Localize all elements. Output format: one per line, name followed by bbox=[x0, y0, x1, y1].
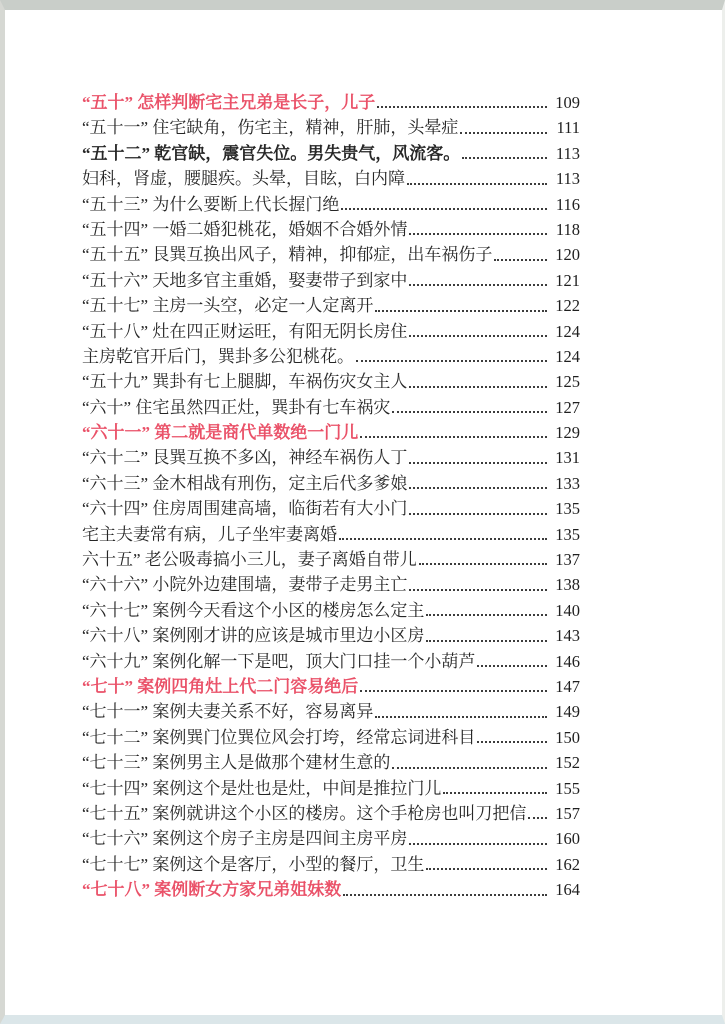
toc-entry-title: “六十九” 案例化解一下是吧，顶大门口挂一个小葫芦 bbox=[82, 647, 475, 672]
toc-entry-title: “五十六” 天地多官主重婚，娶妻带子到家中 bbox=[82, 266, 407, 291]
dot-leader bbox=[494, 259, 547, 261]
toc-entry: “七十六” 案例这个房子主房是四间主房平房 160 bbox=[82, 824, 580, 849]
dot-leader bbox=[409, 233, 547, 235]
toc-entry-title: “五十五” 艮巽互换出风子，精神，抑郁症，出车祸伤子 bbox=[82, 240, 492, 265]
toc-entry-page-number: 127 bbox=[550, 398, 580, 418]
toc-entry-page-number: 113 bbox=[550, 144, 580, 164]
toc-entry-page-number: 109 bbox=[550, 93, 580, 113]
toc-entry-page-number: 147 bbox=[550, 677, 580, 697]
toc-entry-title: 宅主夫妻常有病，儿子坐牢妻离婚 bbox=[82, 520, 337, 545]
toc-entry-title: “七十四” 案例这个是灶也是灶，中间是推拉门儿 bbox=[82, 774, 441, 799]
dot-leader bbox=[460, 132, 547, 134]
toc-entry: “五十三” 为什么要断上代长握门绝 116 bbox=[82, 190, 580, 215]
toc-entry-page-number: 113 bbox=[550, 169, 580, 189]
toc-entry: “七十四” 案例这个是灶也是灶，中间是推拉门儿 155 bbox=[82, 774, 580, 799]
dot-leader bbox=[477, 741, 547, 743]
toc-entry-page-number: 131 bbox=[550, 448, 580, 468]
toc-entry: “七十” 案例四角灶上代二门容易绝后 147 bbox=[82, 672, 580, 697]
toc-entry-page-number: 135 bbox=[550, 525, 580, 545]
toc-entry-title: “七十三” 案例男主人是做那个建材生意的 bbox=[82, 748, 390, 773]
dot-leader bbox=[409, 335, 547, 337]
dot-leader bbox=[339, 538, 547, 540]
toc-entry-title: “七十” 案例四角灶上代二门容易绝后 bbox=[82, 672, 358, 697]
toc-entry: “五十四” 一婚二婚犯桃花，婚姻不合婚外情 118 bbox=[82, 215, 580, 240]
dot-leader bbox=[409, 284, 547, 286]
toc-entry-page-number: 143 bbox=[550, 626, 580, 646]
toc-entry: “七十八” 案例断女方家兄弟姐妹数 164 bbox=[82, 875, 580, 900]
dot-leader bbox=[409, 487, 547, 489]
toc-entry: “七十一” 案例夫妻关系不好，容易离异 149 bbox=[82, 697, 580, 722]
toc-entry-page-number: 122 bbox=[550, 296, 580, 316]
toc-entry-page-number: 164 bbox=[550, 880, 580, 900]
toc-entry-title: “五十九” 巽卦有七上腿脚，车祸伤灾女主人 bbox=[82, 367, 407, 392]
dot-leader bbox=[360, 436, 547, 438]
toc-entry-title: “六十” 住宅虽然四正灶，巽卦有七车祸灾 bbox=[82, 393, 390, 418]
toc-entry: “六十八” 案例刚才讲的应该是城市里边小区房 143 bbox=[82, 621, 580, 646]
toc-entry: “七十三” 案例男主人是做那个建材生意的 152 bbox=[82, 748, 580, 773]
toc-entry-title: “五十八” 灶在四正财运旺，有阳无阴长房住 bbox=[82, 317, 407, 342]
toc-entry-page-number: 157 bbox=[550, 804, 580, 824]
toc-entry: “五十八” 灶在四正财运旺，有阳无阴长房住 124 bbox=[82, 317, 580, 342]
dot-leader bbox=[407, 183, 547, 185]
toc-entry: “七十五” 案例就讲这个小区的楼房。这个手枪房也叫刀把信 157 bbox=[82, 799, 580, 824]
toc-entry-title: “七十六” 案例这个房子主房是四间主房平房 bbox=[82, 824, 407, 849]
toc-entry-page-number: 133 bbox=[550, 474, 580, 494]
toc-entry-title: 妇科，肾虚，腰腿疾。头晕，目眩，白内障 bbox=[82, 164, 405, 189]
dot-leader bbox=[375, 716, 547, 718]
toc-entry-page-number: 124 bbox=[550, 347, 580, 367]
toc-entry-title: “六十一” 第二就是商代单数绝一门儿 bbox=[82, 418, 358, 443]
dot-leader bbox=[356, 360, 547, 362]
toc-entry-page-number: 116 bbox=[550, 195, 580, 215]
toc-entry: “五十九” 巽卦有七上腿脚，车祸伤灾女主人 125 bbox=[82, 367, 580, 392]
toc-entry: “六十二” 艮巽互换不多凶，神经车祸伤人丁 131 bbox=[82, 443, 580, 468]
dot-leader bbox=[426, 640, 547, 642]
toc-entry-title: “七十一” 案例夫妻关系不好，容易离异 bbox=[82, 697, 373, 722]
toc-entry-page-number: 120 bbox=[550, 245, 580, 265]
toc-entry-title: 六十五” 老公吸毒搞小三儿，妻子离婚自带儿 bbox=[82, 545, 417, 570]
toc-entry: “六十” 住宅虽然四正灶，巽卦有七车祸灾 127 bbox=[82, 393, 580, 418]
toc-entry-page-number: 150 bbox=[550, 728, 580, 748]
toc-entry-page-number: 160 bbox=[550, 829, 580, 849]
toc-entry: 妇科，肾虚，腰腿疾。头晕，目眩，白内障 113 bbox=[82, 164, 580, 189]
toc-entry: “六十三” 金木相战有刑伤，定主后代多爹娘 133 bbox=[82, 469, 580, 494]
toc-entry-title: “六十八” 案例刚才讲的应该是城市里边小区房 bbox=[82, 621, 424, 646]
toc-entry: “六十四” 住房周围建高墙，临街若有大小门 135 bbox=[82, 494, 580, 519]
toc-entry-page-number: 121 bbox=[550, 271, 580, 291]
toc-entry-page-number: 118 bbox=[550, 220, 580, 240]
dot-leader bbox=[409, 462, 547, 464]
toc-entry: “六十六” 小院外边建围墙，妻带子走男主亡 138 bbox=[82, 570, 580, 595]
dot-leader bbox=[426, 868, 547, 870]
toc-entry-title: “六十三” 金木相战有刑伤，定主后代多爹娘 bbox=[82, 469, 407, 494]
toc-entry-page-number: 125 bbox=[550, 372, 580, 392]
dot-leader bbox=[409, 386, 547, 388]
toc-entry-page-number: 129 bbox=[550, 423, 580, 443]
toc-entry-title: “五十三” 为什么要断上代长握门绝 bbox=[82, 190, 339, 215]
toc-entry-title: “五十” 怎样判断宅主兄弟是长子，儿子 bbox=[82, 88, 375, 113]
toc-entry: “六十一” 第二就是商代单数绝一门儿 129 bbox=[82, 418, 580, 443]
toc-entry: 六十五” 老公吸毒搞小三儿，妻子离婚自带儿 137 bbox=[82, 545, 580, 570]
toc-entry: “五十一” 住宅缺角，伤宅主，精神，肝肺，头晕症 111 bbox=[82, 113, 580, 138]
toc-entry: “七十二” 案例巽门位巽位风会打垮，经常忘词进科目 150 bbox=[82, 723, 580, 748]
dot-leader bbox=[409, 513, 547, 515]
toc-entry-page-number: 146 bbox=[550, 652, 580, 672]
toc-entry-title: “六十六” 小院外边建围墙，妻带子走男主亡 bbox=[82, 570, 407, 595]
dot-leader bbox=[477, 665, 547, 667]
toc-entry: 宅主夫妻常有病，儿子坐牢妻离婚 135 bbox=[82, 520, 580, 545]
toc-entry-title: “七十五” 案例就讲这个小区的楼房。这个手枪房也叫刀把信 bbox=[82, 799, 526, 824]
dot-leader bbox=[528, 817, 547, 819]
toc-entry-page-number: 162 bbox=[550, 855, 580, 875]
dot-leader bbox=[409, 589, 547, 591]
toc-entry-title: “五十四” 一婚二婚犯桃花，婚姻不合婚外情 bbox=[82, 215, 407, 240]
toc-entry: “六十七” 案例今天看这个小区的楼房怎么定主 140 bbox=[82, 596, 580, 621]
dot-leader bbox=[426, 614, 547, 616]
toc-entry: “七十七” 案例这个是客厅，小型的餐厅，卫生 162 bbox=[82, 850, 580, 875]
toc-entry-title: 主房乾官开后门，巽卦多公犯桃花。 bbox=[82, 342, 354, 367]
toc-entry-page-number: 152 bbox=[550, 753, 580, 773]
table-of-contents: “五十” 怎样判断宅主兄弟是长子，儿子 109 “五十一” 住宅缺角，伤宅主，精… bbox=[82, 88, 580, 901]
toc-entry-title: “六十四” 住房周围建高墙，临街若有大小门 bbox=[82, 494, 407, 519]
dot-leader bbox=[462, 157, 547, 159]
dot-leader bbox=[392, 767, 547, 769]
toc-entry-page-number: 111 bbox=[550, 118, 580, 138]
toc-entry: “五十五” 艮巽互换出风子，精神，抑郁症，出车祸伤子 120 bbox=[82, 240, 580, 265]
toc-entry-title: “五十二” 乾官缺，震官失位。男失贵气，风流客。 bbox=[82, 139, 460, 164]
toc-entry: “六十九” 案例化解一下是吧，顶大门口挂一个小葫芦 146 bbox=[82, 647, 580, 672]
toc-entry-page-number: 124 bbox=[550, 322, 580, 342]
dot-leader bbox=[409, 843, 547, 845]
toc-entry-page-number: 135 bbox=[550, 499, 580, 519]
dot-leader bbox=[341, 208, 547, 210]
toc-entry-page-number: 140 bbox=[550, 601, 580, 621]
toc-entry-title: “六十二” 艮巽互换不多凶，神经车祸伤人丁 bbox=[82, 443, 407, 468]
toc-entry: 主房乾官开后门，巽卦多公犯桃花。 124 bbox=[82, 342, 580, 367]
dot-leader bbox=[419, 563, 547, 565]
toc-entry-title: “七十八” 案例断女方家兄弟姐妹数 bbox=[82, 875, 341, 900]
toc-entry: “五十” 怎样判断宅主兄弟是长子，儿子 109 bbox=[82, 88, 580, 113]
toc-entry-title: “六十七” 案例今天看这个小区的楼房怎么定主 bbox=[82, 596, 424, 621]
toc-entry-title: “七十二” 案例巽门位巽位风会打垮，经常忘词进科目 bbox=[82, 723, 475, 748]
toc-entry-title: “五十一” 住宅缺角，伤宅主，精神，肝肺，头晕症 bbox=[82, 113, 458, 138]
toc-entry-title: “七十七” 案例这个是客厅，小型的餐厅，卫生 bbox=[82, 850, 424, 875]
toc-entry: “五十七” 主房一头空，必定一人定离开 122 bbox=[82, 291, 580, 316]
dot-leader bbox=[360, 690, 547, 692]
dot-leader bbox=[392, 411, 547, 413]
toc-entry: “五十六” 天地多官主重婚，娶妻带子到家中 121 bbox=[82, 266, 580, 291]
dot-leader bbox=[343, 894, 547, 896]
toc-entry: “五十二” 乾官缺，震官失位。男失贵气，风流客。 113 bbox=[82, 139, 580, 164]
toc-entry-page-number: 138 bbox=[550, 575, 580, 595]
toc-entry-page-number: 149 bbox=[550, 702, 580, 722]
dot-leader bbox=[377, 106, 547, 108]
dot-leader bbox=[375, 310, 547, 312]
toc-entry-title: “五十七” 主房一头空，必定一人定离开 bbox=[82, 291, 373, 316]
toc-entry-page-number: 137 bbox=[550, 550, 580, 570]
scanned-book-page: “五十” 怎样判断宅主兄弟是长子，儿子 109 “五十一” 住宅缺角，伤宅主，精… bbox=[0, 0, 725, 1024]
dot-leader bbox=[443, 792, 547, 794]
toc-entry-page-number: 155 bbox=[550, 779, 580, 799]
